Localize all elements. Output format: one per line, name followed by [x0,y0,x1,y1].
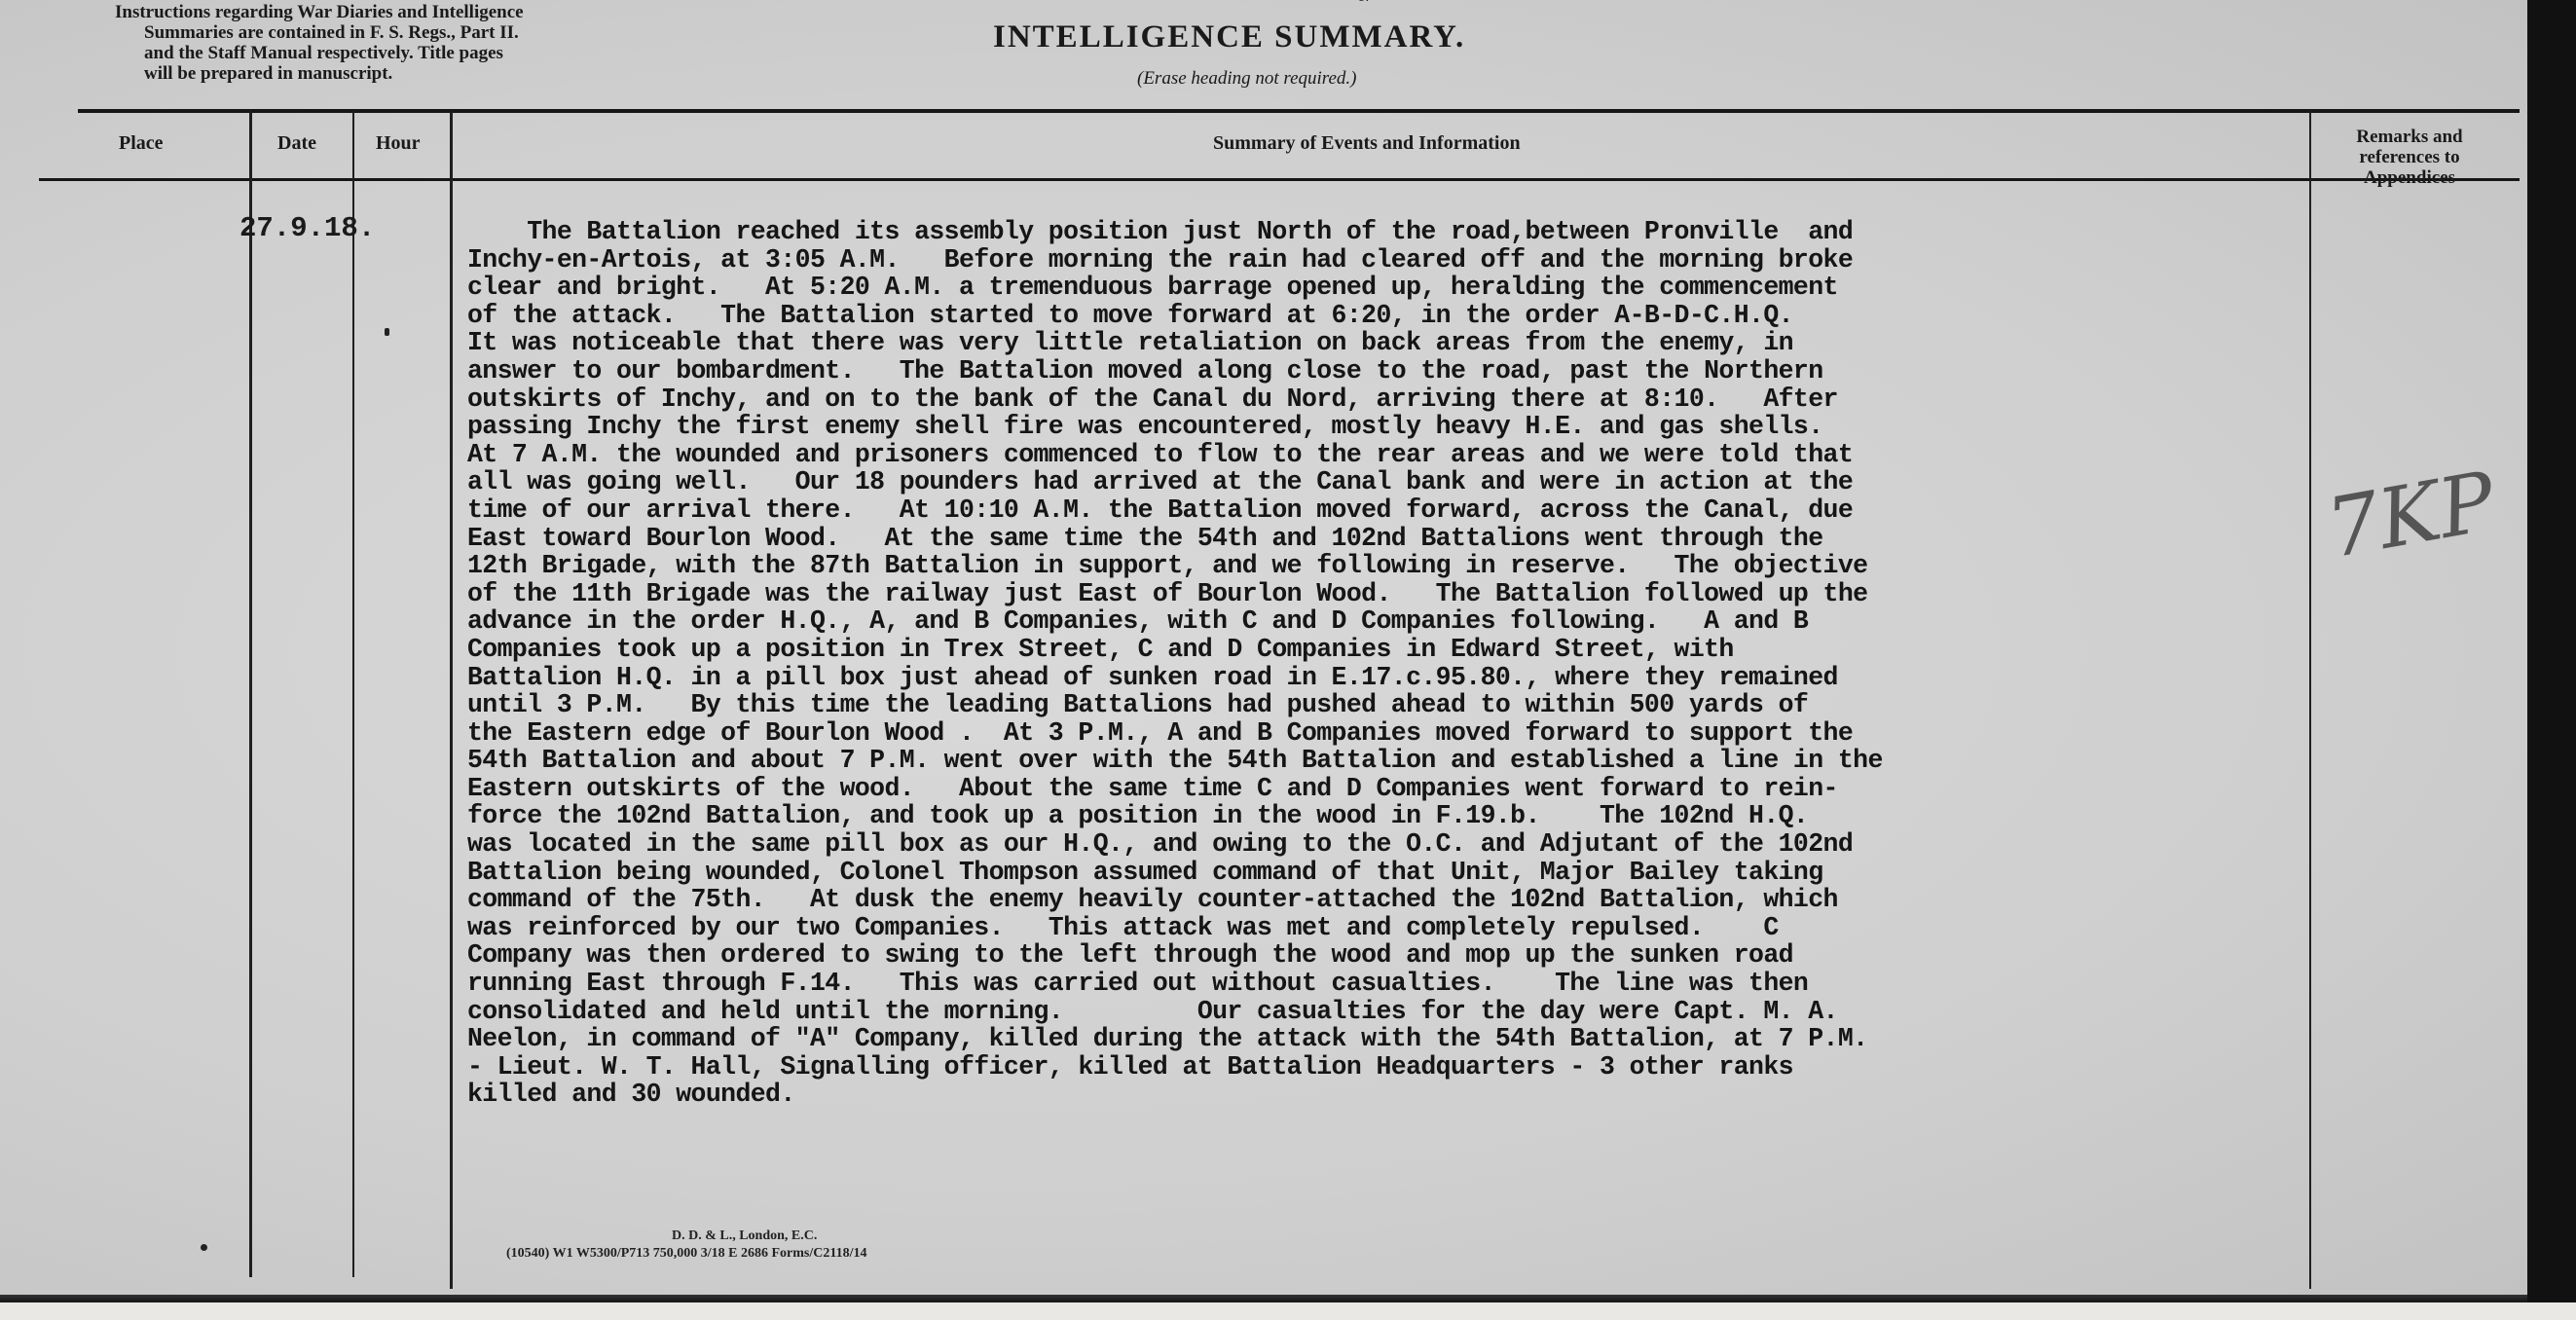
instructions-line: Summaries are contained in F. S. Regs., … [115,22,699,43]
paper-speck [201,1244,207,1251]
summary-line: Battalion H.Q. in a pill box just ahead … [467,664,2317,692]
summary-line: 12th Brigade, with the 87th Battalion in… [467,552,2317,580]
entry-date: 27.9.18. [239,212,375,244]
summary-line: Battalion being wounded, Colonel Thompso… [467,859,2317,887]
summary-line: was reinforced by our two Companies. Thi… [467,914,2317,942]
summary-line: It was noticeable that there was very li… [467,329,2317,357]
summary-line: was located in the same pill box as our … [467,830,2317,859]
document-title: INTELLIGENCE SUMMARY. [993,19,1465,55]
remarks-header-line: Remarks and [2327,127,2492,147]
summary-line: Companies took up a position in Trex Str… [467,636,2317,664]
instructions-line: will be prepared in manuscript. [115,63,699,84]
summary-line: force the 102nd Battalion, and took up a… [467,802,2317,830]
entry-summary-text: The Battalion reached its assembly posit… [467,218,2317,1109]
summary-line: of the attack. The Battalion started to … [467,302,2317,330]
summary-line: At 7 A.M. the wounded and prisoners comm… [467,441,2317,469]
summary-line: time of our arrival there. At 10:10 A.M.… [467,496,2317,525]
column-header-hour: Hour [376,132,421,155]
summary-line: Company was then ordered to swing to the… [467,941,2317,970]
col-divider-date [352,111,354,1277]
remarks-header-line: Appendices [2327,167,2492,188]
summary-line: The Battalion reached its assembly posit… [467,218,2317,246]
summary-line: Neelon, in command of "A" Company, kille… [467,1025,2317,1053]
column-header-remarks: Remarks and references to Appendices [2327,127,2492,188]
summary-line: East toward Bourlon Wood. At the same ti… [467,525,2317,553]
summary-line: command of the 75th. At dusk the enemy h… [467,886,2317,914]
summary-line: killed and 30 wounded. [467,1081,2317,1109]
instructions-line: and the Staff Manual respectively. Title… [115,43,699,63]
remarks-header-line: references to [2327,147,2492,167]
form-code: (10540) W1 W5300/P713 750,000 3/18 E 268… [506,1246,866,1262]
summary-line: answer to our bombardment. The Battalion… [467,357,2317,385]
summary-line: until 3 P.M. By this time the leading Ba… [467,691,2317,719]
column-header-date: Date [277,132,316,155]
column-header-place: Place [119,132,164,155]
summary-line: passing Inchy the first enemy shell fire… [467,413,2317,441]
instructions-line: Instructions regarding War Diaries and I… [115,2,699,22]
scan-border-bottom [0,1302,2576,1320]
summary-line: all was going well. Our 18 pounders had … [467,468,2317,496]
summary-line: Inchy-en-Artois, at 3:05 A.M. Before mor… [467,246,2317,275]
header-top-rule [78,109,2520,113]
summary-line: clear and bright. At 5:20 A.M. a tremend… [467,274,2317,302]
col-divider-place [249,111,252,1277]
printer-imprint: D. D. & L., London, E.C. [672,1228,817,1244]
form-or-label: or [1358,0,1372,6]
summary-line: the Eastern edge of Bourlon Wood . At 3 … [467,719,2317,748]
summary-line: - Lieut. W. T. Hall, Signalling officer,… [467,1053,2317,1082]
paper-speck [385,328,389,336]
summary-line: of the 11th Brigade was the railway just… [467,580,2317,608]
document-subtitle: (Erase heading not required.) [1137,68,1357,90]
scan-border-right [2527,0,2576,1302]
summary-line: consolidated and held until the morning.… [467,998,2317,1026]
header-bottom-rule [39,178,2520,181]
column-header-summary: Summary of Events and Information [1213,132,1521,155]
summary-line: outskirts of Inchy, and on to the bank o… [467,385,2317,414]
summary-line: 54th Battalion and about 7 P.M. went ove… [467,747,2317,775]
summary-line: running East through F.14. This was carr… [467,970,2317,998]
summary-line: advance in the order H.Q., A, and B Comp… [467,607,2317,636]
col-divider-hour [450,111,453,1289]
summary-line: Eastern outskirts of the wood. About the… [467,775,2317,803]
form-instructions: Instructions regarding War Diaries and I… [115,2,699,84]
